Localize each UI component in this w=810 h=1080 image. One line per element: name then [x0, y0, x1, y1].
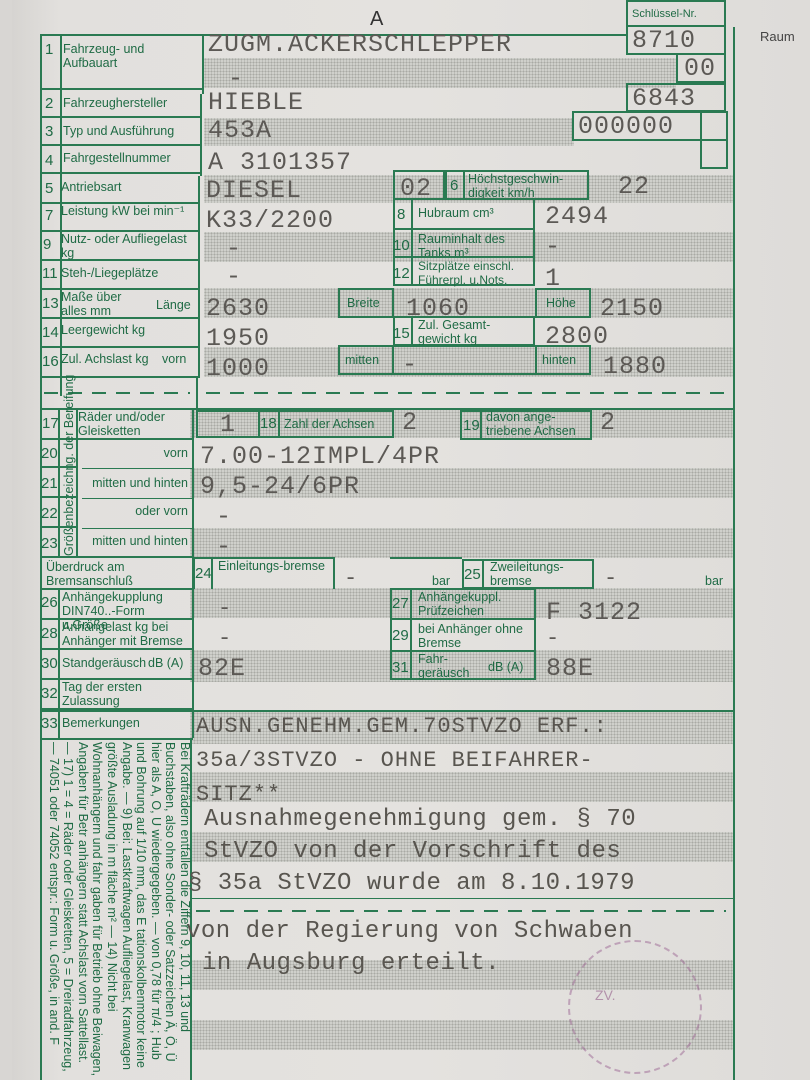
- grid-line: [82, 468, 192, 469]
- grid-line: [463, 170, 465, 200]
- grid-line: [390, 557, 462, 559]
- row-number: 26: [41, 595, 58, 611]
- grid-line: [82, 498, 192, 499]
- row-number: 4: [45, 153, 53, 169]
- value-displacement: 2494: [545, 204, 609, 230]
- value-drive-type: DIESEL: [206, 178, 302, 204]
- row-number: 23: [41, 536, 58, 552]
- label-displacement: Hubraum cm³: [418, 206, 494, 220]
- label-remarks: Bemerkungen: [62, 716, 140, 730]
- row-number: 5: [45, 181, 53, 197]
- grid-line: [196, 378, 198, 410]
- grid-line: [40, 556, 193, 558]
- label-brake-pressure: Überdruck am Bremsanschluß: [46, 560, 186, 588]
- key-type: 000000: [578, 114, 674, 140]
- grid-line: [200, 94, 202, 176]
- row-number: 11: [42, 266, 58, 282]
- row-number: 13: [42, 296, 59, 312]
- row-number: 1: [45, 42, 53, 58]
- grid-line: [40, 88, 202, 90]
- row-number: 29: [392, 628, 409, 644]
- grid-line: [411, 316, 413, 346]
- row-number: 9: [43, 237, 51, 253]
- label-tyre-front: vorn: [84, 446, 188, 460]
- label-vehicle-type: Fahrzeug- und Aufbauart: [63, 42, 198, 70]
- unit-standing-noise: dB (A): [148, 656, 183, 670]
- row-number: 12: [393, 266, 410, 282]
- row-number: 18: [260, 416, 277, 432]
- row-number: 17: [42, 416, 59, 432]
- label-dimensions: Maße über alles mm: [61, 290, 141, 318]
- label-manufacturer: Fahrzeughersteller: [63, 96, 167, 110]
- value-coupling-test-mark: F 3122: [546, 600, 642, 626]
- value-max-speed: 22: [618, 174, 650, 200]
- value-axle-count: 2: [402, 410, 418, 436]
- row-number: 20: [41, 446, 58, 462]
- grid-line: [40, 346, 200, 348]
- row-number: 28: [41, 626, 58, 642]
- row-number: 33: [41, 716, 58, 732]
- label-single-line-brake: Einleitungs-bremse: [218, 559, 328, 573]
- unit-dual-line-brake: bar: [705, 574, 723, 588]
- label-tyre-sizes: Größenbezeichng. der Bereifung: [62, 440, 76, 556]
- grid-line: [40, 144, 202, 146]
- row-number: 31: [392, 660, 409, 676]
- row-number: 7: [45, 208, 53, 224]
- section-letter: A: [370, 8, 383, 30]
- row-number: 24: [195, 566, 212, 582]
- grid-line: [480, 410, 482, 440]
- label-tyre-alt-front: oder vorn: [84, 504, 188, 518]
- row-number: 10: [393, 238, 410, 254]
- label-empty-weight: Leergewicht kg: [61, 323, 145, 337]
- row-number: 14: [42, 325, 59, 341]
- label-wheels: Räder und/oder Gleisketten: [78, 410, 190, 438]
- value-tyre-front: 7.00-12IMPL/4PR: [200, 444, 440, 470]
- key-vehicle-type: 8710: [632, 28, 696, 54]
- value-length: 2630: [206, 296, 270, 322]
- footnote-column: Bei Krafträdern entfallen die Ziffern 9,…: [22, 742, 192, 1078]
- label-tyre-alt-rear: mitten und hinten: [84, 534, 188, 548]
- label-axle-rear: hinten: [542, 353, 576, 367]
- shade: [190, 528, 733, 558]
- value-axle-front: 1000: [206, 356, 270, 382]
- grid-line: [411, 228, 413, 258]
- value-trailer-coupling: -: [218, 596, 232, 622]
- value-tyre-alt-front: -: [216, 504, 232, 530]
- label-dual-line-brake: Zweileitungs-bremse: [490, 560, 590, 588]
- label-payload: Nutz- oder Aufliegelast kg: [61, 232, 196, 260]
- remarks-line-4: Ausnahmegenehmigung gem. § 70: [204, 806, 636, 833]
- key-box: [700, 111, 728, 141]
- row-number: 2: [45, 96, 53, 112]
- label-standing-places: Steh-/Liegeplätze: [61, 266, 158, 280]
- value-driven-axles: 2: [600, 410, 616, 436]
- grid-line: [40, 526, 78, 528]
- remarks-line-6: § 35a StVZO wurde am 8.10.1979: [188, 870, 635, 897]
- remarks-line-1: AUSN.GENEHM.GEM.70STVZO ERF.:: [196, 714, 608, 739]
- row-number: 6: [450, 178, 458, 194]
- value-driving-noise: 88E: [546, 656, 594, 682]
- label-axle-mid: mitten: [345, 353, 379, 367]
- unit-driving-noise: dB (A): [488, 660, 523, 674]
- value-manufacturer: HIEBLE: [208, 90, 304, 116]
- remarks-line-5: StVZO von der Vorschrift des: [204, 838, 621, 865]
- value-wheels: 1: [220, 412, 236, 438]
- key-box: [700, 139, 728, 169]
- grid-line: [40, 496, 78, 498]
- label-unbraked-trailer-load: bei Anhänger ohne Bremse: [418, 622, 533, 650]
- value-axle-mid: -: [402, 352, 418, 378]
- remarks-line-8: in Augsburg erteilt.: [202, 950, 500, 977]
- value-empty-weight: 1950: [206, 326, 270, 352]
- grid-line: [40, 172, 202, 174]
- label-coupling-test-mark: Anhängekuppl. Prüfzeichen: [418, 590, 533, 618]
- label-type: Typ und Ausführung: [63, 124, 174, 138]
- value-tyre-rear: 9,5-24/6PR: [200, 474, 360, 500]
- grid-line: [58, 588, 60, 738]
- grid-line: [190, 898, 733, 899]
- label-gross-weight: Zul. Gesamt-gewicht kg: [418, 318, 528, 346]
- footnote-text: Bei Krafträdern entfallen die Ziffern 9,…: [46, 742, 192, 1078]
- label-width: Breite: [347, 296, 380, 310]
- remarks-line-7: von der Regierung von Schwaben: [186, 918, 633, 945]
- value-height: 2150: [600, 296, 664, 322]
- frame-right: [733, 27, 735, 1080]
- label-power: Leistung kW bei min⁻¹: [61, 204, 196, 218]
- row-number: 27: [392, 596, 409, 612]
- value-tank-volume: -: [545, 234, 561, 260]
- dashed-line: [196, 910, 726, 912]
- key-vehicle-type-2: 00: [684, 56, 716, 82]
- value-vehicle-type: ZUGM.ACKERSCHLEPPER: [208, 32, 512, 58]
- label-axle-front: vorn: [162, 352, 186, 366]
- row-number: 30: [41, 656, 58, 672]
- label-braked-trailer-load: Anhängelast kg bei Anhänger mit Bremse: [62, 620, 192, 648]
- row-number: 19: [463, 418, 480, 434]
- value-unbraked-trailer-load: -: [546, 626, 560, 652]
- grid-line: [278, 410, 280, 438]
- margin-text: Raum: [760, 30, 795, 44]
- grid-line: [482, 559, 484, 589]
- grid-line: [390, 618, 536, 620]
- shade: [204, 58, 676, 88]
- key-number-header: Schlüssel-Nr.: [632, 7, 697, 21]
- grid-line: [411, 256, 413, 286]
- label-seats: Sitzplätze einschl. Führerpl. u.Nots.: [418, 259, 536, 287]
- row-number: 22: [41, 506, 58, 522]
- row-number: 32: [41, 686, 58, 702]
- key-manufacturer: 6843: [632, 86, 696, 112]
- label-height: Höhe: [546, 296, 576, 310]
- value-payload: -: [226, 236, 242, 262]
- label-chassis-number: Fahrgestellnummer: [63, 151, 171, 165]
- grid-line: [40, 710, 733, 712]
- row-number: 25: [464, 567, 481, 583]
- row-number: 16: [42, 354, 59, 370]
- row-number: 21: [41, 476, 58, 492]
- value-dual-line-brake: -: [604, 566, 618, 592]
- row-number: 15: [393, 326, 410, 342]
- value-standing-noise: 82E: [198, 656, 246, 682]
- grid-line: [40, 738, 193, 740]
- value-single-line-brake: -: [344, 566, 358, 592]
- grid-line: [40, 116, 202, 118]
- grid-line: [202, 34, 204, 94]
- label-max-speed: Höchstgeschwin-digkeit km/h: [468, 172, 588, 200]
- stamp-text: ZV.: [595, 987, 616, 1003]
- label-driving-noise: Fahr-geräusch: [418, 652, 468, 680]
- remarks-line-2: 35a/3STVZO - OHNE BEIFAHRER-: [196, 748, 594, 773]
- label-axle-count: Zahl der Achsen: [284, 417, 374, 431]
- row-number: 8: [397, 207, 405, 223]
- label-first-registration: Tag der ersten Zulassung: [62, 680, 192, 708]
- grid-line: [40, 466, 78, 468]
- value-braked-trailer-load: -: [218, 626, 232, 652]
- value-standing-places: -: [226, 264, 242, 290]
- grid-line: [411, 198, 413, 230]
- label-tyre-rear: mitten und hinten: [84, 476, 188, 490]
- official-stamp: ZV.: [568, 940, 702, 1074]
- label-standing-noise: Standgeräusch: [62, 656, 146, 670]
- grid-line: [82, 528, 192, 529]
- unit-single-line-brake: bar: [432, 574, 450, 588]
- value-power: K33/2200: [206, 208, 334, 234]
- label-length: Länge: [156, 298, 191, 312]
- grid-line: [410, 588, 412, 680]
- label-axle-load: Zul. Achslast kg: [61, 352, 149, 366]
- value-type: 453A: [208, 118, 272, 144]
- value-axle-rear: 1880: [603, 354, 667, 380]
- remarks-line-3: SITZ**: [196, 782, 281, 807]
- dashed-line: [206, 392, 726, 394]
- label-drive-type: Antriebsart: [61, 180, 121, 194]
- value-chassis-number: A 3101357: [208, 150, 352, 176]
- grid-line: [40, 648, 193, 650]
- row-number: 3: [45, 124, 53, 140]
- label-driven-axles: davon ange-triebene Achsen: [486, 410, 591, 438]
